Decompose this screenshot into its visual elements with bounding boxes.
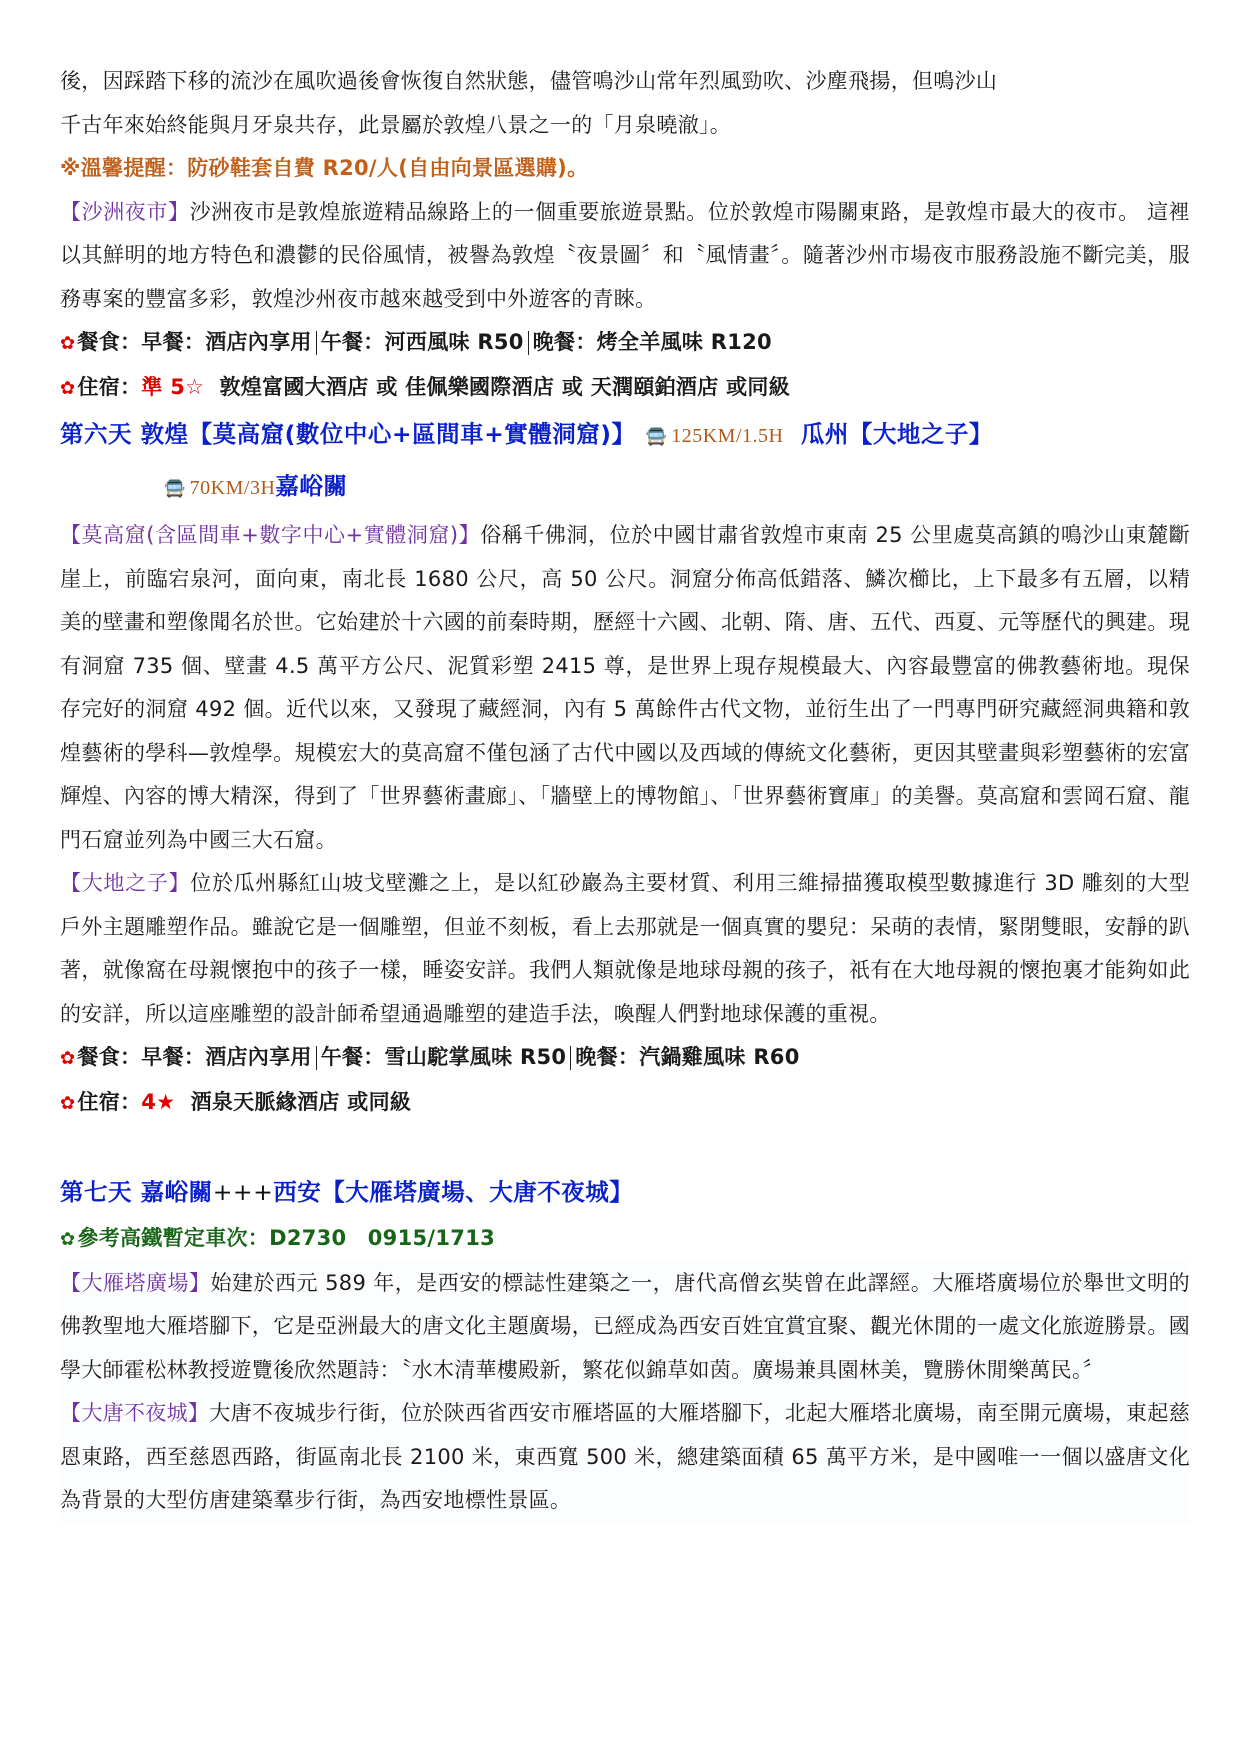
flower-icon: ✿ <box>60 1093 75 1114</box>
day6-title: 第六天 敦煌【莫高窟(數位中心+區間車+實體洞窟)】🚍125KM/1.5H 瓜州… <box>60 410 1190 462</box>
lunch: 午餐：河西風味 R50 <box>321 330 524 354</box>
itinerary-page: 後，因踩踏下移的流沙在風吹過後會恢復自然狀態，儘管鳴沙山常年烈風勁吹、沙塵飛揚，… <box>60 60 1190 1523</box>
dinner: 晚餐：烤全羊風味 R120 <box>533 330 772 354</box>
divider <box>570 1046 571 1070</box>
night-market-title: 【沙洲夜市】 <box>60 200 190 224</box>
night-market-section: 【沙洲夜市】沙洲夜市是敦煌旅遊精品線路上的一個重要旅遊景點。位於敦煌市陽關東路，… <box>60 191 1190 322</box>
divider <box>316 331 317 355</box>
hotel-label: 住宿： <box>77 375 141 399</box>
day6-title-part2: 瓜州【大地之子】 <box>801 420 993 448</box>
day6-hotel: ✿住宿：4★ 酒泉天脈緣酒店 或同級 <box>60 1081 1190 1126</box>
mogao-text: 俗稱千佛洞，位於中國甘肅省敦煌市東南 25 公里處莫高鎮的鳴沙山東麓斷崖上，前臨… <box>60 523 1190 852</box>
day6-title-part1: 第六天 敦煌【莫高窟(數位中心+區間車+實體洞窟)】 <box>60 420 636 448</box>
day6-title-line2: 🚍70KM/3H嘉峪關 <box>60 462 1190 514</box>
hotel-rating: 準 5☆ <box>141 375 204 399</box>
train-schedule: 參考高鐵暫定車次：D2730 0915/1713 <box>77 1226 495 1250</box>
earth-child-section: 【大地之子】位於瓜州縣紅山坡戈壁灘之上，是以紅砂巖為主要材質、利用三維掃描獲取模… <box>60 862 1190 1036</box>
flower-icon: ✿ <box>60 1048 75 1069</box>
hotel-label: 住宿： <box>77 1090 141 1114</box>
bus-icon: 🚍 <box>646 427 668 447</box>
mogao-section: 【莫高窟(含區間車+數字中心+實體洞窟)】俗稱千佛洞，位於中國甘肅省敦煌市東南 … <box>60 514 1190 862</box>
wild-goose-text: 始建於西元 589 年，是西安的標誌性建築之一，唐代高僧玄奘曾在此譯經。大雁塔廣… <box>60 1271 1190 1382</box>
day5-meals: ✿餐食：早餐：酒店內享用午餐：河西風味 R50晚餐：烤全羊風味 R120 <box>60 321 1190 366</box>
meals-label: 餐食： <box>77 1045 141 1069</box>
dinner: 晚餐：汽鍋雞風味 R60 <box>575 1045 799 1069</box>
spacer <box>60 1125 1190 1168</box>
bus-icon: 🚍 <box>164 479 186 499</box>
flower-icon: ✿ <box>60 333 75 354</box>
intro-line-1: 後，因踩踏下移的流沙在風吹過後會恢復自然狀態，儘管鳴沙山常年烈風勁吹、沙塵飛揚，… <box>60 60 1190 104</box>
breakfast: 早餐：酒店內享用 <box>141 330 311 354</box>
transport-distance-1: 125KM/1.5H <box>671 425 783 447</box>
tang-city-title: 【大唐不夜城】 <box>60 1401 209 1425</box>
divider <box>528 331 529 355</box>
breakfast: 早餐：酒店內享用 <box>141 1045 311 1069</box>
earth-child-text: 位於瓜州縣紅山坡戈壁灘之上，是以紅砂巖為主要材質、利用三維掃描獲取模型數據進行 … <box>60 871 1190 1026</box>
day7-title-day: 第七天 嘉峪關 <box>60 1178 213 1206</box>
tang-city-text: 大唐不夜城步行街，位於陝西省西安市雁塔區的大雁塔腳下，北起大雁塔北廣場，南至開元… <box>60 1401 1190 1512</box>
mogao-title: 【莫高窟(含區間車+數字中心+實體洞窟)】 <box>60 523 480 547</box>
tang-city-section: 【大唐不夜城】大唐不夜城步行街，位於陝西省西安市雁塔區的大雁塔腳下，北起大雁塔北… <box>60 1392 1190 1523</box>
hotel-names: 酒泉天脈緣酒店 或同級 <box>191 1090 412 1114</box>
day5-hotel: ✿住宿：準 5☆ 敦煌富國大酒店 或 佳佩樂國際酒店 或 天潤頤鉑酒店 或同級 <box>60 366 1190 411</box>
divider <box>316 1046 317 1070</box>
train-info: ✿參考高鐵暫定車次：D2730 0915/1713 <box>60 1217 1190 1262</box>
day6-title-part3: 嘉峪關 <box>275 472 347 500</box>
reminder-note: ※溫馨提醒：防砂鞋套自費 R20/人(自由向景區選購)。 <box>60 147 1190 191</box>
lunch: 午餐：雪山駝掌風味 R50 <box>321 1045 567 1069</box>
day6-meals: ✿餐食：早餐：酒店內享用午餐：雪山駝掌風味 R50晚餐：汽鍋雞風味 R60 <box>60 1036 1190 1081</box>
day7-title-rest: 西安【大雁塔廣場、大唐不夜城】 <box>273 1178 633 1206</box>
intro-line-2: 千古年來始終能與月牙泉共存，此景屬於敦煌八景之一的「月泉曉澈」。 <box>60 104 1190 148</box>
day7-title: 第七天 嘉峪關+++西安【大雁塔廣場、大唐不夜城】 <box>60 1168 1190 1217</box>
night-market-text: 沙洲夜市是敦煌旅遊精品線路上的一個重要旅遊景點。位於敦煌市陽關東路，是敦煌市最大… <box>60 200 1190 311</box>
meals-label: 餐食： <box>77 330 141 354</box>
day7-title-plus: +++ <box>213 1178 274 1206</box>
earth-child-title: 【大地之子】 <box>60 871 190 895</box>
transport-distance-2: 70KM/3H <box>190 477 276 499</box>
hotel-rating: 4★ <box>141 1090 175 1114</box>
flower-icon: ✿ <box>60 378 75 399</box>
hotel-names: 敦煌富國大酒店 或 佳佩樂國際酒店 或 天潤頤鉑酒店 或同級 <box>219 375 790 399</box>
flower-icon: ✿ <box>60 1229 75 1250</box>
wild-goose-title: 【大雁塔廣場】 <box>60 1271 210 1295</box>
wild-goose-section: 【大雁塔廣場】始建於西元 589 年，是西安的標誌性建築之一，唐代高僧玄奘曾在此… <box>60 1262 1190 1393</box>
